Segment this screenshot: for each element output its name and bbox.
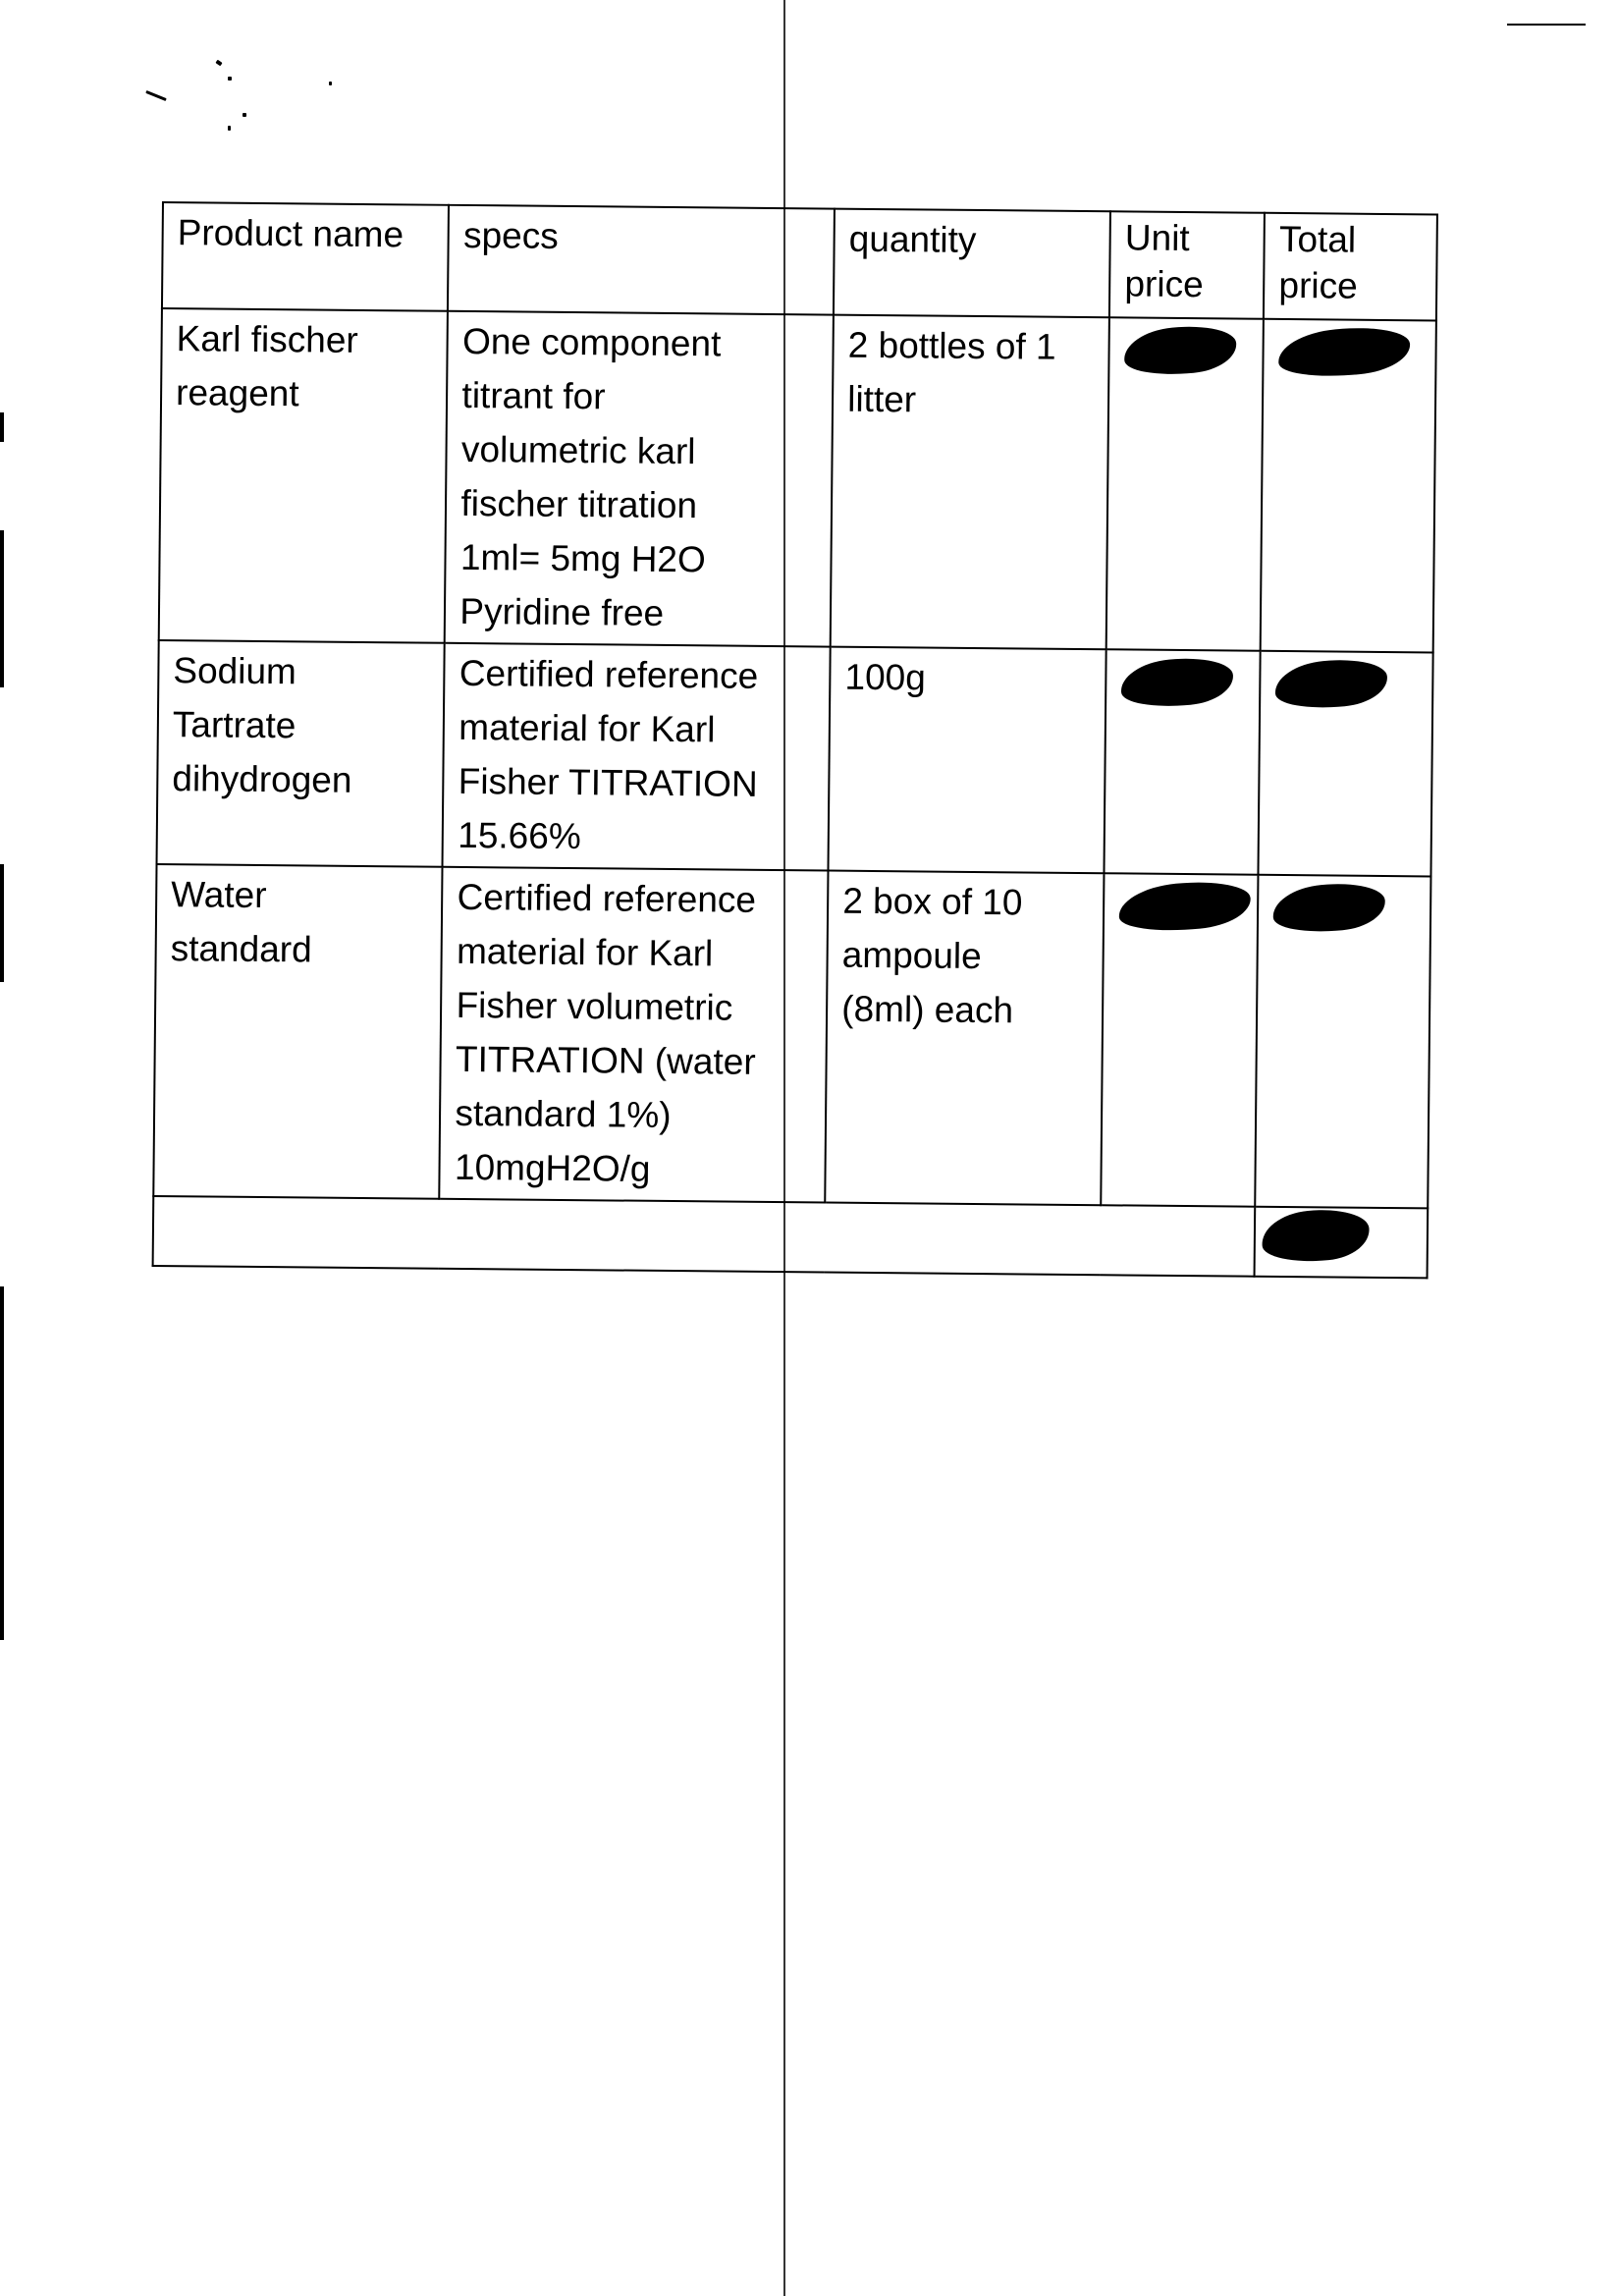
unit-price-cell [1106,317,1264,650]
product-name-cell: Sodium Tartrate dihydrogen [157,640,446,867]
product-quantity: 100g [844,657,926,698]
total-price-cell [1259,651,1433,877]
scan-speck [228,77,232,81]
total-price-cell [1261,319,1436,653]
redacted-total-price [1273,655,1390,713]
header-label: Product name [178,212,404,254]
product-name-cell: Karl fischer reagent [159,308,449,643]
redacted-unit-price [1122,322,1239,380]
scan-speck [243,113,246,117]
table-row: Sodium Tartrate dihydrogen Certified ref… [157,640,1433,876]
header-product-name: Product name [162,202,449,311]
product-specs: Certified reference material for Karl Fi… [458,653,758,856]
product-name: Karl fischer reagent [176,318,358,413]
specs-cell: Certified reference material for Karl Fi… [440,867,829,1203]
scan-edge-mark [0,530,4,687]
redacted-unit-price [1119,654,1236,712]
scan-edge-mark [0,864,4,982]
redacted-total-price [1270,879,1387,937]
header-label: Unit price [1124,217,1204,304]
header-label: Total price [1278,219,1358,306]
table-row: Karl fischer reagent One component titra… [159,308,1436,652]
order-table: Product name specs quantity Unit price T… [152,201,1438,1279]
table-header-row: Product name specs quantity Unit price T… [162,202,1437,320]
total-price-cell [1256,875,1431,1209]
table-footer-row [153,1196,1429,1278]
unit-price-cell [1101,873,1258,1206]
quantity-cell: 2 bottles of 1 litter [831,315,1109,650]
product-name: Water standard [171,874,312,969]
header-quantity: quantity [834,209,1110,318]
scan-edge-mark [0,1286,4,1640]
product-name-cell: Water standard [153,864,443,1199]
header-label: quantity [849,219,977,260]
product-name: Sodium Tartrate dihydrogen [172,650,351,800]
redacted-unit-price [1116,877,1253,937]
redacted-total-price [1276,322,1413,382]
scan-top-rule [1507,24,1586,26]
product-specs: Certified reference material for Karl Fi… [455,877,756,1189]
redacted-grand-total [1260,1205,1372,1266]
header-total-price: Total price [1264,213,1437,321]
scan-speck [228,126,231,131]
footer-label-cell [153,1196,1256,1277]
unit-price-cell [1105,649,1261,874]
product-quantity: 2 box of 10 ampoule (8ml) each [841,881,1023,1031]
product-specs: One component titrant for volumetric kar… [459,321,721,633]
scan-edge-mark [0,412,4,442]
header-label: specs [463,215,559,256]
quantity-cell: 2 box of 10 ampoule (8ml) each [825,871,1104,1206]
product-quantity: 2 bottles of 1 litter [847,325,1056,420]
header-unit-price: Unit price [1109,211,1265,319]
specs-cell: Certified reference material for Karl Fi… [443,643,831,871]
quantity-cell: 100g [829,647,1106,874]
table-row: Water standard Certified reference mater… [153,864,1430,1208]
specs-cell: One component titrant for volumetric kar… [445,311,834,647]
header-specs: specs [448,205,835,315]
scan-speck [145,90,167,101]
scan-speck [329,82,332,85]
grand-total-cell [1255,1207,1428,1279]
scan-speck [215,60,222,67]
order-table-container: Product name specs quantity Unit price T… [152,201,1453,1280]
